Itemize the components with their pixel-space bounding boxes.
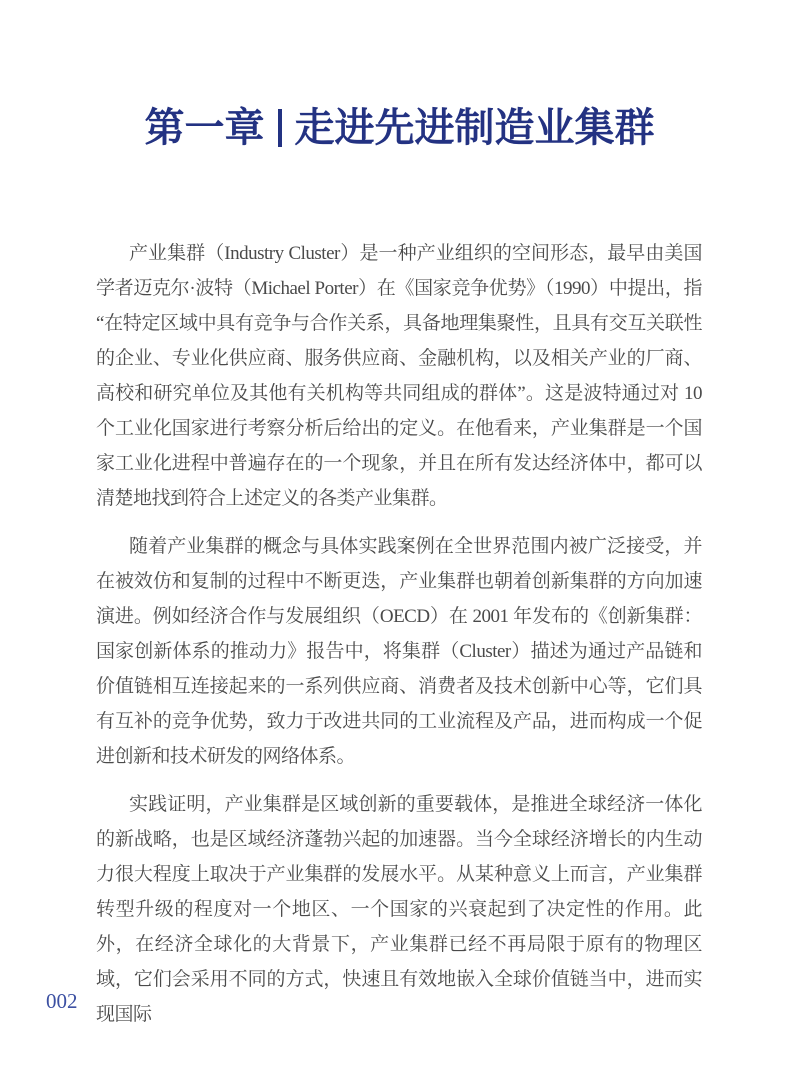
heading-divider [278,109,282,147]
chapter-title: 走进先进制造业集群 [295,102,655,154]
chapter-heading: 第一章 走进先进制造业集群 [0,102,799,154]
chapter-label: 第一章 [145,102,265,154]
paragraph-2: 随着产业集群的概念与具体实践案例在全世界范围内被广泛接受，并在被效仿和复制的过程… [96,529,702,774]
page-number: 002 [46,988,78,1014]
paragraph-3: 实践证明，产业集群是区域创新的重要载体，是推进全球经济一体化的新战略，也是区域经… [96,787,702,1032]
body-text: 产业集群（Industry Cluster）是一种产业组织的空间形态，最早由美国… [96,236,702,1045]
book-page: 第一章 走进先进制造业集群 产业集群（Industry Cluster）是一种产… [0,0,799,1073]
paragraph-1: 产业集群（Industry Cluster）是一种产业组织的空间形态，最早由美国… [96,236,702,516]
